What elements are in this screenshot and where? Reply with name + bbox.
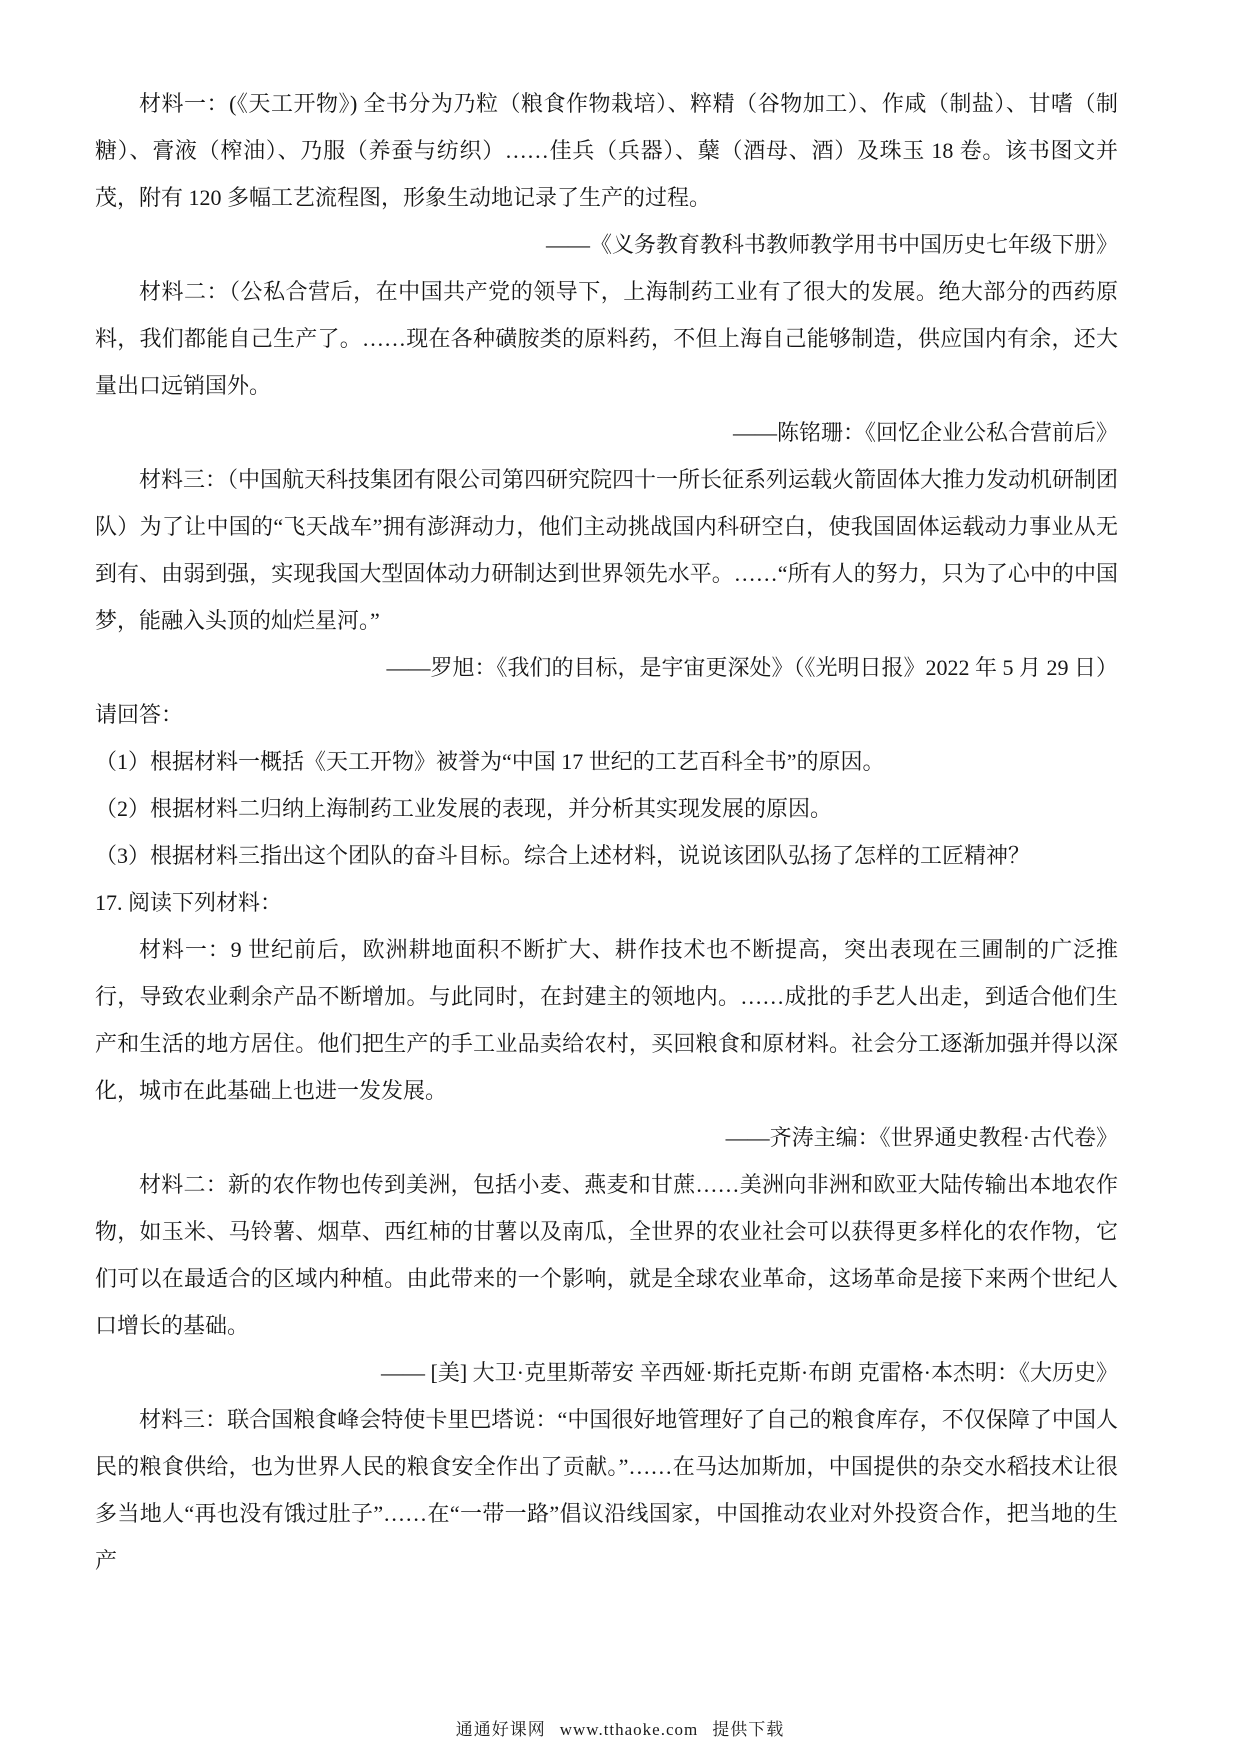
q17-material-2-source: —— [美] 大卫·克里斯蒂安 辛西娅·斯托克斯·布朗 克雷格·本杰明：《大历史… [95, 1349, 1118, 1396]
q17-material-1-source: ——齐涛主编：《世界通史教程·古代卷》 [95, 1114, 1118, 1161]
document-body: 材料一：(《天工开物》) 全书分为乃粒（粮食作物栽培）、粹精（谷物加工）、作咸（… [95, 80, 1118, 1584]
material-2-source: ——陈铭珊：《回忆企业公私合营前后》 [95, 409, 1118, 456]
footer-site-name: 通通好课网 [456, 1720, 546, 1739]
question-item-1: （1）根据材料一概括《天工开物》被誉为“中国 17 世纪的工艺百科全书”的原因。 [95, 738, 1118, 785]
answer-prompt: 请回答： [95, 691, 1118, 738]
material-3-paragraph: 材料三：（中国航天科技集团有限公司第四研究院四十一所长征系列运载火箭固体大推力发… [95, 456, 1118, 644]
question-16-block: 材料一：(《天工开物》) 全书分为乃粒（粮食作物栽培）、粹精（谷物加工）、作咸（… [95, 80, 1118, 879]
material-1-paragraph: 材料一：(《天工开物》) 全书分为乃粒（粮食作物栽培）、粹精（谷物加工）、作咸（… [95, 80, 1118, 221]
q17-material-2-paragraph: 材料二：新的农作物也传到美洲，包括小麦、燕麦和甘蔗……美洲向非洲和欧亚大陆传输出… [95, 1161, 1118, 1349]
question-17-block: 17. 阅读下列材料： 材料一：9 世纪前后，欧洲耕地面积不断扩大、耕作技术也不… [95, 879, 1118, 1584]
footer-url: www.tthaoke.com [560, 1720, 699, 1739]
footer-download-note: 提供下载 [712, 1720, 784, 1739]
material-1-source: ——《义务教育教科书教师教学用书中国历史七年级下册》 [95, 221, 1118, 268]
q17-material-3-paragraph: 材料三：联合国粮食峰会特使卡里巴塔说：“中国很好地管理好了自己的粮食库存，不仅保… [95, 1396, 1118, 1584]
question-17-heading: 17. 阅读下列材料： [95, 879, 1118, 926]
material-3-source: ——罗旭：《我们的目标，是宇宙更深处》（《光明日报》2022 年 5 月 29 … [95, 644, 1118, 691]
material-2-paragraph: 材料二：（公私合营后，在中国共产党的领导下，上海制药工业有了很大的发展。绝大部分… [95, 268, 1118, 409]
page-footer: 通通好课网www.tthaoke.com提供下载 [0, 1719, 1240, 1741]
q17-material-1-paragraph: 材料一：9 世纪前后，欧洲耕地面积不断扩大、耕作技术也不断提高，突出表现在三圃制… [95, 926, 1118, 1114]
question-item-3: （3）根据材料三指出这个团队的奋斗目标。综合上述材料，说说该团队弘扬了怎样的工匠… [95, 832, 1118, 879]
exam-paper-page: 材料一：(《天工开物》) 全书分为乃粒（粮食作物栽培）、粹精（谷物加工）、作咸（… [0, 0, 1240, 1754]
question-item-2: （2）根据材料二归纳上海制药工业发展的表现，并分析其实现发展的原因。 [95, 785, 1118, 832]
